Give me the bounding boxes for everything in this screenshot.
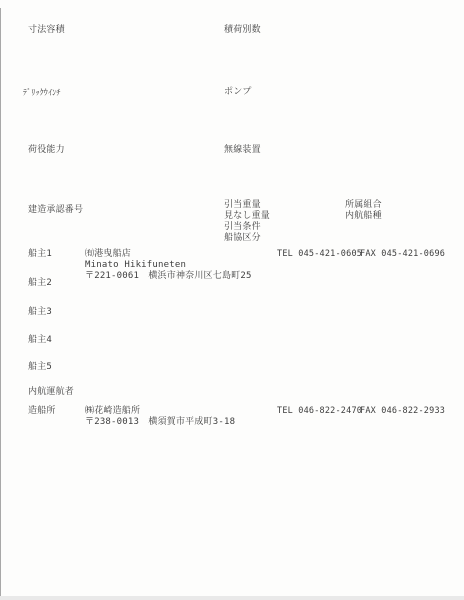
document-page: 寸法容積 積荷別数 ﾃﾞﾘｯｸｳｲﾝﾁ ポンプ 荷役能力 無線装置 建造承認番号… — [0, 0, 464, 600]
field-label-owner-5: 船主5 — [28, 362, 52, 373]
field-label-owner-2: 船主2 — [28, 278, 52, 289]
shipyard-company-name: ㈱花崎造船所 — [85, 406, 140, 417]
field-label-pump: ポンプ — [224, 87, 252, 98]
field-label-owner-3: 船主3 — [28, 307, 52, 318]
field-label-affiliated-union: 所属組合 — [345, 200, 382, 211]
field-label-shipyard: 造船所 — [28, 406, 56, 417]
owner-1-company-roman: Minato Hikifuneten — [85, 260, 186, 271]
owner-1-address: 〒221-0061 横浜市神奈川区七島町25 — [85, 271, 252, 282]
field-label-radio-equipment: 無線装置 — [224, 145, 261, 156]
field-label-construction-approval-number: 建造承認番号 — [28, 205, 83, 216]
field-label-allotted-weight: 引当重量 — [224, 200, 261, 211]
field-label-deemed-weight: 見なし重量 — [224, 211, 270, 222]
field-label-coastal-ship-type: 内航船種 — [345, 211, 382, 222]
field-label-dimensions-volume: 寸法容積 — [28, 25, 65, 36]
owner-1-tel: TEL 045-421-0605 — [277, 249, 362, 260]
field-label-cargo-handling-capacity: 荷役能力 — [28, 145, 65, 156]
field-label-cargo-count: 積荷別数 — [224, 25, 261, 36]
owner-1-fax: FAX 045-421-0696 — [360, 249, 445, 260]
page-edge-left — [0, 8, 1, 600]
field-label-coastal-operator: 内航運航者 — [28, 387, 74, 398]
field-label-owner-4: 船主4 — [28, 335, 52, 346]
shipyard-tel: TEL 046-822-2470 — [277, 406, 362, 417]
owner-1-company-name: ㈲港曳船店 — [85, 249, 131, 260]
field-label-owner-1: 船主1 — [28, 249, 52, 260]
shipyard-address: 〒238-0013 横須賀市平成町3-18 — [85, 417, 235, 428]
shipyard-fax: FAX 046-822-2933 — [360, 406, 445, 417]
field-label-shipowners-assoc-category: 船協区分 — [224, 233, 261, 244]
field-label-allotment-conditions: 引当条件 — [224, 222, 261, 233]
field-label-derrick-winch: ﾃﾞﾘｯｸｳｲﾝﾁ — [23, 87, 61, 98]
page-edge-bottom — [0, 596, 464, 600]
